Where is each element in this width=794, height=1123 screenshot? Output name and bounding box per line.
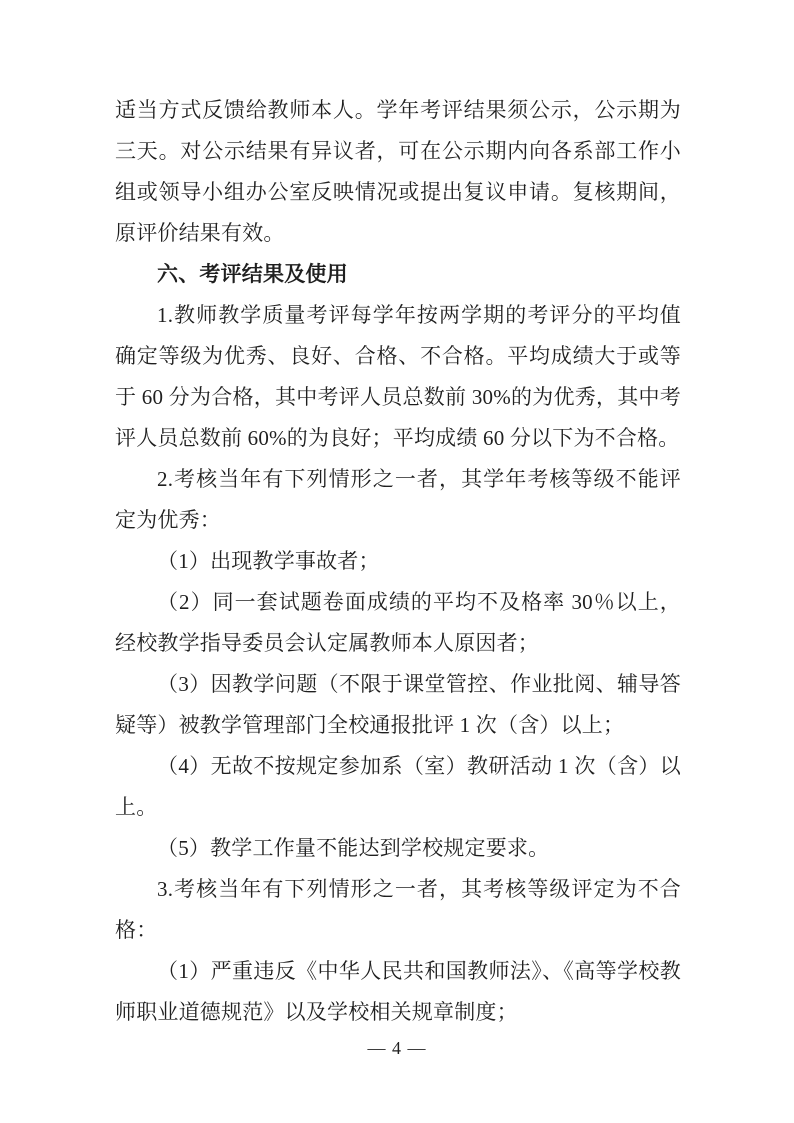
- numbered-paragraph-2: 2.考核当年有下列情形之一者，其学年考核等级不能评定为优秀：: [115, 459, 681, 541]
- document-body: 适当方式反馈给教师本人。学年考评结果须公示，公示期为三天。对公示结果有异议者，可…: [115, 90, 681, 1033]
- sub-item-3: （3）因教学问题（不限于课堂管控、作业批阅、辅导答疑等）被教学管理部门全校通报批…: [115, 664, 681, 746]
- section-heading: 六、考评结果及使用: [115, 254, 681, 295]
- numbered-paragraph-3: 3.考核当年有下列情形之一者，其考核等级评定为不合格：: [115, 869, 681, 951]
- sub-item-2: （2）同一套试题卷面成绩的平均不及格率 30％以上，经校教学指导委员会认定属教师…: [115, 582, 681, 664]
- sub-item-6: （1）严重违反《中华人民共和国教师法》、《高等学校教师职业道德规范》以及学校相关…: [115, 951, 681, 1033]
- sub-item-4: （4）无故不按规定参加系（室）教研活动 1 次（含）以上。: [115, 746, 681, 828]
- document-page: 适当方式反馈给教师本人。学年考评结果须公示，公示期为三天。对公示结果有异议者，可…: [0, 0, 794, 1123]
- page-number: — 4 —: [0, 1036, 794, 1060]
- sub-item-5: （5）教学工作量不能达到学校规定要求。: [115, 828, 681, 869]
- numbered-paragraph-1: 1.教师教学质量考评每学年按两学期的考评分的平均值确定等级为优秀、良好、合格、不…: [115, 295, 681, 459]
- sub-item-1: （1）出现教学事故者；: [115, 541, 681, 582]
- paragraph-continuation: 适当方式反馈给教师本人。学年考评结果须公示，公示期为三天。对公示结果有异议者，可…: [115, 90, 681, 254]
